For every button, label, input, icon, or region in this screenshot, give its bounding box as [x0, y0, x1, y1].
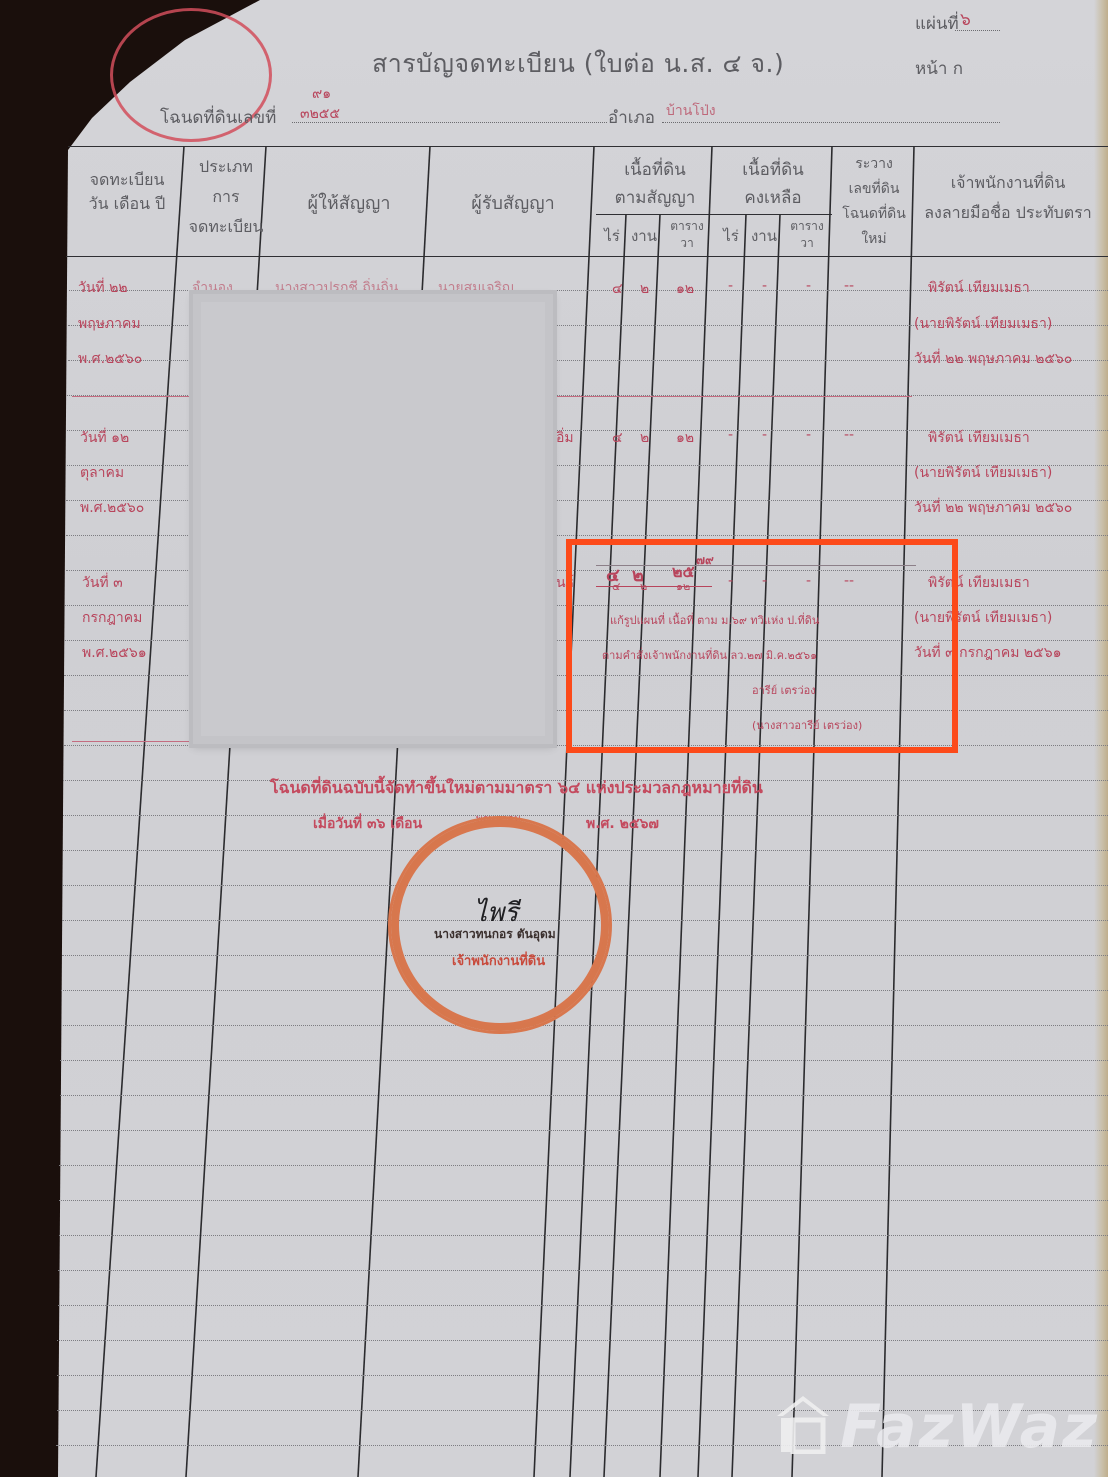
district-label: อำเภอ: [608, 104, 655, 131]
ruled-line: [59, 1200, 1108, 1201]
ruled-line: [59, 1235, 1108, 1236]
row2-rem-ngan: -: [762, 427, 767, 443]
district-value: บ้านโป่ง: [666, 100, 716, 122]
ruled-line: [58, 1270, 1108, 1271]
row1-year: พ.ศ.๒๕๖๐: [78, 348, 142, 370]
sheet-number: ๖: [960, 6, 971, 33]
row2-officer-line-2: (นายพิรัตน์ เทียมเมธา): [914, 462, 1052, 484]
reissue-note-line1: โฉนดที่ดินฉบับนี้จัดทำขึ้นใหม่ตามมาตรา ๖…: [270, 776, 763, 801]
unit-header: ตารางวา: [782, 218, 832, 252]
col-header-date: จดทะเบียนวัน เดือน ปี: [72, 168, 182, 216]
row1-rem-rai: -: [728, 278, 733, 294]
seal-officer-name: นางสาวทนกอร ตันอุดม: [434, 925, 556, 944]
col-header-officer: เจ้าพนักงานที่ดินลงลายมือชื่อ ประทับตรา: [916, 168, 1100, 228]
sheet-label: แผ่นที่: [915, 10, 959, 37]
row1-rai: ๔: [612, 278, 623, 300]
row1-new-deed: --: [844, 278, 854, 294]
unit-header: งาน: [748, 228, 780, 245]
district-dotline: [662, 122, 1000, 123]
reissue-note-date: เมื่อวันที่ ๓๖ เดือน: [313, 813, 422, 835]
row2-new-deed: --: [844, 427, 854, 443]
ruled-line: [63, 850, 1108, 851]
ruled-line: [60, 1095, 1108, 1096]
entry-separator-red-2: [72, 741, 192, 742]
row2-day: วันที่ ๑๒: [80, 427, 129, 449]
row2-grantee-tail: อิ่ม: [556, 427, 574, 449]
row1-wa: ๑๒: [676, 278, 694, 300]
row3-year: พ.ศ.๒๕๖๑: [82, 642, 147, 664]
row1-ngan: ๒: [640, 278, 649, 300]
ruled-line: [58, 1305, 1108, 1306]
row2-month: ตุลาคม: [80, 462, 124, 484]
row1-officer-line-3: วันที่ ๒๒ พฤษภาคม ๒๕๖๐: [914, 348, 1072, 370]
deed-dotline: [292, 122, 607, 123]
reissue-note-year: พ.ศ. ๒๕๖๗: [586, 813, 659, 835]
ruled-line: [57, 1340, 1108, 1341]
col-header-type: ประเภทการจดทะเบียน: [186, 152, 266, 242]
ruled-line: [57, 1375, 1108, 1376]
seal-officer-title: เจ้าพนักงานที่ดิน: [452, 950, 545, 971]
col-header-area-remaining: เนื้อที่ดินคงเหลือ: [714, 156, 832, 212]
area-subheader-line: [596, 214, 832, 215]
col-header-new-deed: ระวางเลขที่ดินโฉนดที่ดินใหม่: [834, 152, 914, 252]
row1-month: พฤษภาคม: [78, 313, 141, 335]
row2-rem-wa: -: [806, 427, 811, 443]
row1-officer-line-2: (นายพิรัตน์ เทียมเมธา): [914, 313, 1052, 335]
row1-rem-wa: -: [806, 278, 811, 294]
document-title: สารบัญจดทะเบียน (ใบต่อ น.ส. ๔ จ.): [372, 44, 784, 84]
unit-header: ไร่: [716, 228, 746, 245]
deed-label: โฉนดที่ดินเลขที่: [160, 104, 276, 131]
ruled-line: [61, 1025, 1108, 1026]
watermark-text: FazWaz: [840, 1392, 1099, 1462]
row3-day: วันที่ ๓: [82, 572, 123, 594]
row2-officer-line-1: พิรัตน์ เทียมเมธา: [928, 427, 1030, 449]
deed-number-correction: ๙๑: [312, 83, 331, 105]
row2-rem-rai: -: [728, 427, 733, 443]
row1-rem-ngan: -: [762, 278, 767, 294]
unit-header: ไร่: [598, 228, 626, 245]
watermark-house-icon: [775, 1392, 831, 1454]
row3-month: กรกฎาคม: [82, 607, 142, 629]
row2-ngan: ๒: [640, 427, 649, 449]
col-header-grantor: ผู้ให้สัญญา: [268, 188, 430, 217]
ruled-line: [60, 1130, 1108, 1131]
row1-day: วันที่ ๒๒: [78, 277, 128, 299]
col-header-area-contract: เนื้อที่ดินตามสัญญา: [596, 156, 714, 212]
header-bottom-border: [66, 256, 1108, 257]
ruled-line: [60, 1060, 1108, 1061]
row2-wa: ๑๒: [676, 427, 694, 449]
unit-header: งาน: [628, 228, 660, 245]
row2-officer-line-3: วันที่ ๒๒ พฤษภาคม ๒๕๖๐: [914, 497, 1072, 519]
row2-rai: ๔: [612, 427, 623, 449]
highlight-box: [566, 539, 958, 753]
col-header-grantee: ผู้รับสัญญา: [432, 188, 594, 217]
page-label: หน้า ก: [915, 55, 963, 82]
redaction-box: [193, 294, 553, 744]
row2-year: พ.ศ.๒๕๖๐: [80, 497, 144, 519]
row1-officer-line-1: พิรัตน์ เทียมเมธา: [928, 277, 1030, 299]
ruled-line: [59, 1165, 1108, 1166]
table-top-border: [68, 146, 1108, 147]
unit-header: ตารางวา: [662, 218, 712, 252]
sheet-dotline: [955, 30, 1000, 31]
